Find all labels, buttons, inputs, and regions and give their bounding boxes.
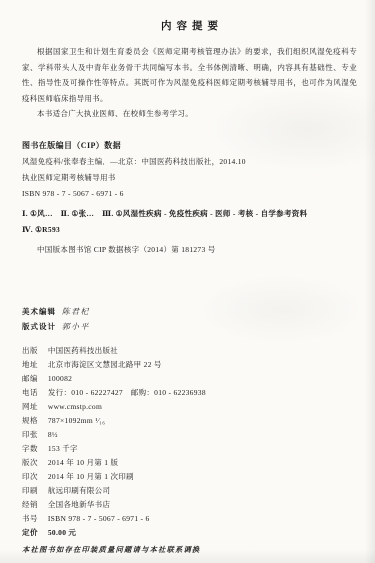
pub-row-price: 定价 50.00 元 <box>22 526 357 540</box>
pub-value: 153 千字 <box>48 444 78 453</box>
publication-info-section: 出版 中国医药科技出版社 地址 北京市海淀区文慧园北路甲 22 号 邮编 100… <box>22 344 357 540</box>
pub-row-edition: 版次 2014 年 10 月第 1 版 <box>22 456 357 470</box>
pub-value: 发行：010 - 62227427 邮购：010 - 62236938 <box>48 388 206 397</box>
cip-data-section: 图书在版编目（CIP）数据 风湿免疫科/张奉春主编．—北京：中国医药科技出版社，… <box>22 138 357 258</box>
pub-label: 定价 <box>22 526 46 540</box>
pub-row-address: 地址 北京市海淀区文慧园北路甲 22 号 <box>22 358 357 372</box>
pub-label: 出版 <box>22 344 46 358</box>
summary-paragraph-2: 本书适合广大执业医师、在校师生参考学习。 <box>22 106 357 122</box>
pub-value: 中国医药科技出版社 <box>48 346 118 355</box>
pub-label: 版次 <box>22 456 46 470</box>
pub-label: 字数 <box>22 442 46 456</box>
pub-value: 2014 年 10 月第 1 次印刷 <box>48 472 134 481</box>
content-summary-section: 根据国家卫生和计划生育委员会《医师定期考核管理办法》的要求，我们组织风湿免疫科专… <box>22 44 357 122</box>
pub-value: 北京市海淀区文慧园北路甲 22 号 <box>48 360 162 369</box>
pub-label: 经销 <box>22 498 46 512</box>
cip-series-line: 执业医师定期考核辅导用书 <box>22 170 357 186</box>
pub-label: 电话 <box>22 386 46 400</box>
cip-classification: Ⅰ. ①风… Ⅱ. ①张… Ⅲ. ①风湿性疾病 - 免疫性疾病 - 医师 - 考… <box>22 206 357 238</box>
pub-row-isbn: 书号 ISBN 978 - 7 - 5067 - 6971 - 6 <box>22 512 357 526</box>
pub-label: 印张 <box>22 428 46 442</box>
cip-isbn-line: ISBN 978 - 7 - 5067 - 6971 - 6 <box>22 186 357 202</box>
pub-row-wordcount: 字数 153 千字 <box>22 442 357 456</box>
cip-book-line: 风湿免疫科/张奉春主编．—北京：中国医药科技出版社，2014.10 <box>22 154 357 170</box>
pub-value: 全国各地新华书店 <box>48 500 110 509</box>
credit-row-art-editor: 美术编辑 陈君杞 <box>22 304 357 319</box>
pub-value: 100082 <box>48 374 72 383</box>
pub-row-printer: 印刷 航远印刷有限公司 <box>22 484 357 498</box>
credits-section: 美术编辑 陈君杞 版式设计 郭小平 <box>22 304 357 334</box>
pub-value: 8½ <box>48 430 58 439</box>
credit-label: 美术编辑 <box>22 304 60 319</box>
pub-label: 邮编 <box>22 372 46 386</box>
pub-value: 航远印刷有限公司 <box>48 486 110 495</box>
pub-label: 书号 <box>22 512 46 526</box>
summary-paragraph-1: 根据国家卫生和计划生育委员会《医师定期考核管理办法》的要求，我们组织风湿免疫科专… <box>22 44 357 106</box>
cip-heading: 图书在版编目（CIP）数据 <box>22 138 357 154</box>
cip-class-line-1: Ⅰ. ①风… Ⅱ. ①张… Ⅲ. ①风湿性疾病 - 免疫性疾病 - 医师 - 考… <box>22 206 357 222</box>
book-copyright-page: 内容提要 根据国家卫生和计划生育委员会《医师定期考核管理办法》的要求，我们组织风… <box>0 0 375 563</box>
credit-label: 版式设计 <box>22 319 60 334</box>
pub-value: 50.00 元 <box>48 528 76 537</box>
pub-row-sheets: 印张 8½ <box>22 428 357 442</box>
pub-row-website: 网址 www.cmstp.com <box>22 400 357 414</box>
pub-label: 印刷 <box>22 484 46 498</box>
pub-label: 网址 <box>22 400 46 414</box>
quality-exchange-note: 本社图书如存在印装质量问题请与本社联系调换 <box>22 543 357 556</box>
credit-value: 郭小平 <box>62 322 90 331</box>
cip-class-line-2: Ⅳ. ①R593 <box>22 222 357 238</box>
credit-row-layout-designer: 版式设计 郭小平 <box>22 319 357 334</box>
pub-row-postcode: 邮编 100082 <box>22 372 357 386</box>
pub-value: ISBN 978 - 7 - 5067 - 6971 - 6 <box>48 514 150 523</box>
pub-row-phone: 电话 发行：010 - 62227427 邮购：010 - 62236938 <box>22 386 357 400</box>
credit-value: 陈君杞 <box>62 307 90 316</box>
pub-label: 规格 <box>22 414 46 428</box>
content-summary-title: 内容提要 <box>22 18 357 33</box>
pub-row-publisher: 出版 中国医药科技出版社 <box>22 344 357 358</box>
pub-row-impression: 印次 2014 年 10 月第 1 次印刷 <box>22 470 357 484</box>
cip-record-line: 中国版本图书馆 CIP 数据核字（2014）第 181273 号 <box>22 242 357 258</box>
pub-value: 787×1092mm ¹⁄₁₆ <box>48 416 105 425</box>
pub-label: 印次 <box>22 470 46 484</box>
pub-label: 地址 <box>22 358 46 372</box>
pub-value: 2014 年 10 月第 1 版 <box>48 458 118 467</box>
pub-row-format: 规格 787×1092mm ¹⁄₁₆ <box>22 414 357 428</box>
pub-value: www.cmstp.com <box>48 402 102 411</box>
pub-row-distributor: 经销 全国各地新华书店 <box>22 498 357 512</box>
